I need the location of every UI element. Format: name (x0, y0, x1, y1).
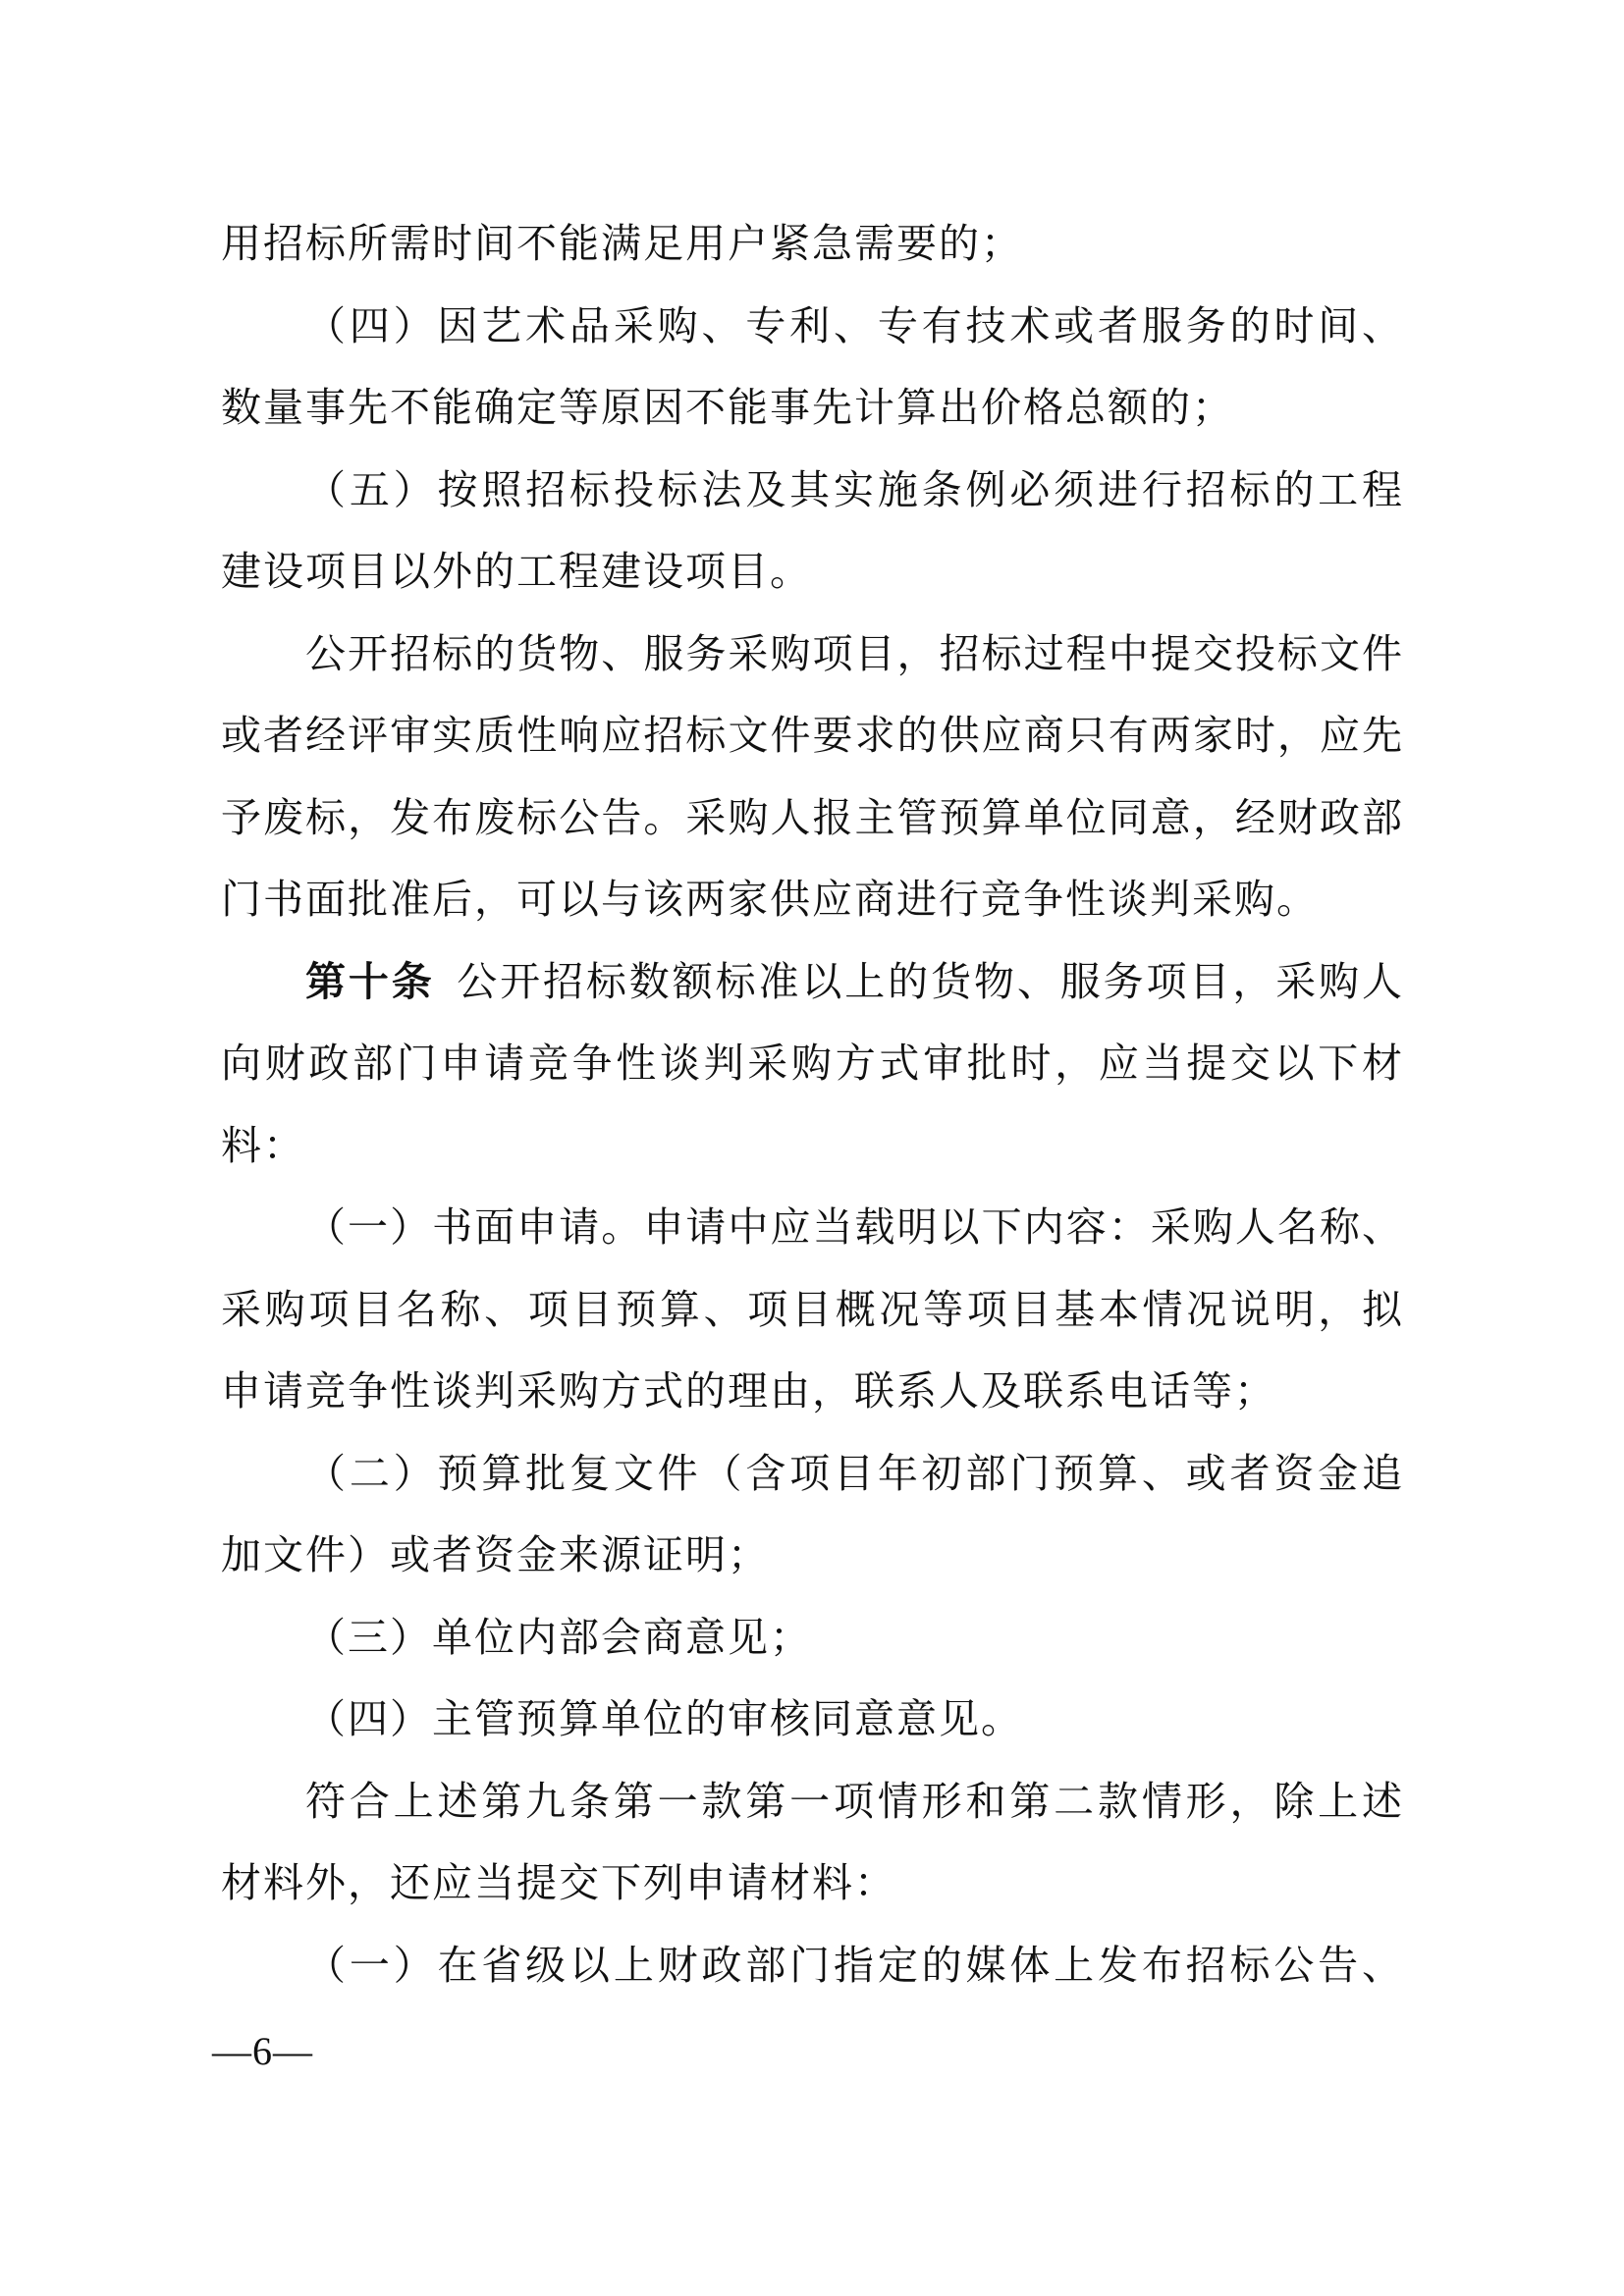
line-text: 申请竞争性谈判采购方式的理由，联系人及联系电话等； (221, 1368, 1276, 1414)
text-line: （四）因艺术品采购、专利、专有技术或者服务的时间、 (221, 286, 1404, 368)
line-text: （二）预算批复文件（含项目年初部门预算、或者资金追 (305, 1451, 1404, 1496)
text-line: 公开招标的货物、服务采购项目，招标过程中提交投标文件 (221, 614, 1404, 696)
page-number: —6— (212, 2028, 313, 2075)
line-text: 料： (221, 1123, 305, 1168)
text-line: （五）按照招标投标法及其实施条例必须进行招标的工程 (221, 450, 1404, 532)
line-text: 建设项目以外的工程建设项目。 (221, 549, 812, 594)
line-text: （五）按照招标投标法及其实施条例必须进行招标的工程 (305, 467, 1404, 512)
line-text: 予废标，发布废标公告。采购人报主管预算单位同意，经财政部 (221, 795, 1404, 840)
line-text: 门书面批准后，可以与该两家供应商进行竞争性谈判采购。 (221, 877, 1319, 922)
line-text: （四）主管预算单位的审核同意意见。 (305, 1696, 1023, 1741)
line-text: 用招标所需时间不能满足用户紧急需要的； (221, 221, 1023, 266)
text-line: （一）在省级以上财政部门指定的媒体上发布招标公告、 (221, 1925, 1404, 2007)
document-body: 用招标所需时间不能满足用户紧急需要的； （四）因艺术品采购、专利、专有技术或者服… (221, 203, 1404, 2006)
text-line: 或者经评审实质性响应招标文件要求的供应商只有两家时，应先 (221, 695, 1404, 777)
text-line: 第十条公开招标数额标准以上的货物、服务项目，采购人 (221, 941, 1404, 1024)
line-text: 加文件）或者资金来源证明； (221, 1532, 770, 1577)
line-text: 或者经评审实质性响应招标文件要求的供应商只有两家时，应先 (221, 713, 1404, 758)
text-line: 符合上述第九条第一款第一项情形和第二款情形，除上述 (221, 1761, 1404, 1843)
text-line: 向财政部门申请竞争性谈判采购方式审批时，应当提交以下材 (221, 1023, 1404, 1105)
text-line: 采购项目名称、项目预算、项目概况等项目基本情况说明，拟 (221, 1269, 1404, 1352)
text-line: 建设项目以外的工程建设项目。 (221, 531, 1404, 614)
text-line: 料： (221, 1105, 1404, 1188)
line-text: （一）书面申请。申请中应当载明以下内容：采购人名称、 (305, 1204, 1404, 1250)
line-text: （三）单位内部会商意见； (305, 1615, 812, 1660)
line-text: 材料外，还应当提交下列申请材料： (221, 1860, 896, 1905)
text-line: （一）书面申请。申请中应当载明以下内容：采购人名称、 (221, 1187, 1404, 1269)
text-line: （二）预算批复文件（含项目年初部门预算、或者资金追 (221, 1433, 1404, 1516)
text-line: 数量事先不能确定等原因不能事先计算出价格总额的； (221, 367, 1404, 450)
text-line: 门书面批准后，可以与该两家供应商进行竞争性谈判采购。 (221, 859, 1404, 941)
article-number: 第十条 (305, 959, 435, 1004)
text-line: 申请竞争性谈判采购方式的理由，联系人及联系电话等； (221, 1351, 1404, 1433)
text-line: （四）主管预算单位的审核同意意见。 (221, 1679, 1404, 1761)
line-text: 公开招标的货物、服务采购项目，招标过程中提交投标文件 (305, 631, 1404, 676)
text-line: （三）单位内部会商意见； (221, 1597, 1404, 1680)
line-text: 采购项目名称、项目预算、项目概况等项目基本情况说明，拟 (221, 1287, 1404, 1332)
text-line: 加文件）或者资金来源证明； (221, 1515, 1404, 1597)
document-page: 用招标所需时间不能满足用户紧急需要的； （四）因艺术品采购、专利、专有技术或者服… (0, 0, 1624, 2296)
line-text: 向财政部门申请竞争性谈判采购方式审批时，应当提交以下材 (221, 1041, 1404, 1086)
line-text: 数量事先不能确定等原因不能事先计算出价格总额的； (221, 385, 1234, 430)
line-text: （四）因艺术品采购、专利、专有技术或者服务的时间、 (305, 303, 1404, 348)
text-line: 用招标所需时间不能满足用户紧急需要的； (221, 203, 1404, 286)
line-text: （一）在省级以上财政部门指定的媒体上发布招标公告、 (305, 1943, 1404, 1988)
line-text: 符合上述第九条第一款第一项情形和第二款情形，除上述 (305, 1779, 1404, 1824)
text-line: 材料外，还应当提交下列申请材料： (221, 1842, 1404, 1925)
text-line: 予废标，发布废标公告。采购人报主管预算单位同意，经财政部 (221, 777, 1404, 860)
line-text: 公开招标数额标准以上的货物、服务项目，采购人 (457, 959, 1404, 1004)
